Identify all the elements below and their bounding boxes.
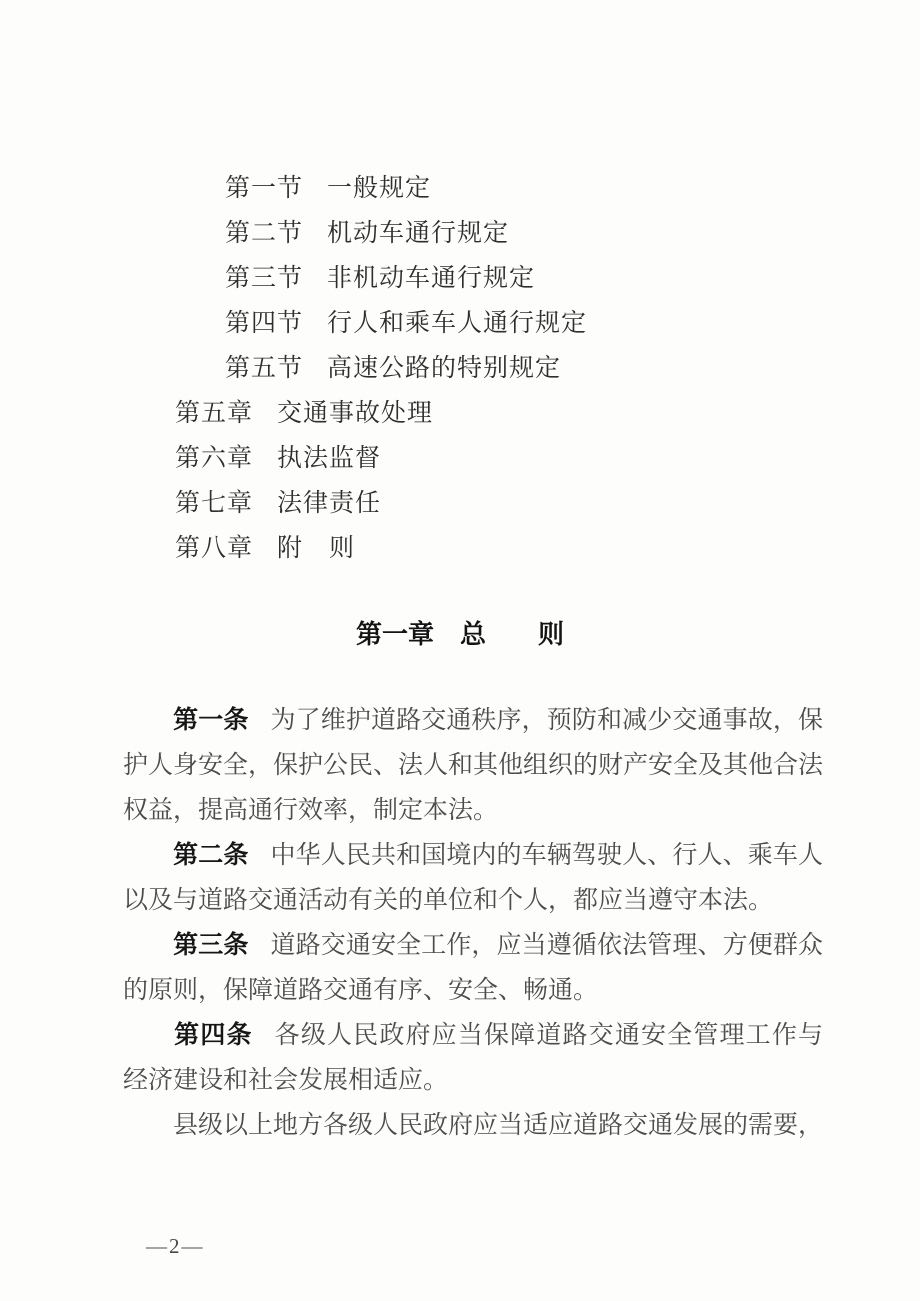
toc-section-number: 第一节	[225, 166, 303, 211]
article-4-line-1: 第四条各级人民政府应当保障道路交通安全管理工作与	[123, 1013, 823, 1058]
toc-chapter-number: 第五章	[175, 391, 253, 436]
article-3-line-1: 第三条道路交通安全工作，应当遵循依法管理、方便群众	[123, 923, 823, 968]
toc-item-section-4: 第四节 行人和乘车人通行规定	[123, 301, 843, 346]
article-1-line-1: 第一条为了维护道路交通秩序，预防和减少交通事故，保	[123, 698, 823, 743]
toc-chapter-title: 法律责任	[277, 481, 381, 526]
article-1-text: 护人身安全，保护公民、法人和其他组织的财产安全及其他合法	[123, 752, 823, 779]
article-2-text: 以及与道路交通活动有关的单位和个人，都应当遵守本法。	[123, 887, 773, 914]
article-2-line-2: 以及与道路交通活动有关的单位和个人，都应当遵守本法。	[123, 878, 823, 923]
toc-section-number: 第四节	[225, 301, 303, 346]
article-1-text: 权益，提高通行效率，制定本法。	[123, 797, 498, 824]
toc-chapter-number: 第六章	[175, 436, 253, 481]
article-3-text: 的原则，保障道路交通有序、安全、畅通。	[123, 977, 598, 1004]
table-of-contents: 第一节 一般规定 第二节 机动车通行规定 第三节 非机动车通行规定 第四节 行人…	[123, 166, 843, 571]
toc-section-title: 机动车通行规定	[327, 211, 509, 256]
toc-item-section-5: 第五节 高速公路的特别规定	[123, 346, 843, 391]
toc-chapter-number: 第七章	[175, 481, 253, 526]
document-page: 第一节 一般规定 第二节 机动车通行规定 第三节 非机动车通行规定 第四节 行人…	[0, 0, 920, 1301]
toc-chapter-title: 执法监督	[277, 436, 381, 481]
article-1-text: 为了维护道路交通秩序，预防和减少交通事故，保	[270, 707, 823, 734]
article-4-text: 各级人民政府应当保障道路交通安全管理工作与	[275, 1022, 823, 1049]
page-number: —2—	[146, 1234, 205, 1259]
continuation-text: 县级以上地方各级人民政府应当适应道路交通发展的需要，	[173, 1112, 823, 1139]
toc-chapter-number: 第八章	[175, 526, 253, 571]
article-1-line-2: 护人身安全，保护公民、法人和其他组织的财产安全及其他合法	[123, 743, 823, 788]
toc-item-chapter-6: 第六章 执法监督	[123, 436, 843, 481]
article-1-line-3: 权益，提高通行效率，制定本法。	[123, 788, 823, 833]
article-4-number: 第四条	[173, 1021, 253, 1049]
toc-section-title: 非机动车通行规定	[327, 256, 535, 301]
toc-item-chapter-5: 第五章 交通事故处理	[123, 391, 843, 436]
article-3-number: 第三条	[173, 931, 248, 959]
article-2-text: 中华人民共和国境内的车辆驾驶人、行人、乘车人	[270, 842, 823, 869]
article-3-line-2: 的原则，保障道路交通有序、安全、畅通。	[123, 968, 823, 1013]
toc-chapter-title: 附 则	[277, 526, 355, 571]
toc-chapter-title: 交通事故处理	[277, 391, 433, 436]
toc-item-section-3: 第三节 非机动车通行规定	[123, 256, 843, 301]
article-1-number: 第一条	[173, 706, 248, 734]
toc-item-chapter-8: 第八章 附 则	[123, 526, 843, 571]
toc-section-title: 高速公路的特别规定	[327, 346, 561, 391]
article-2-line-1: 第二条中华人民共和国境内的车辆驾驶人、行人、乘车人	[123, 833, 823, 878]
chapter-heading: 第一章 总 则	[0, 612, 920, 657]
article-3-text: 道路交通安全工作，应当遵循依法管理、方便群众	[270, 932, 823, 959]
toc-item-chapter-7: 第七章 法律责任	[123, 481, 843, 526]
toc-section-number: 第三节	[225, 256, 303, 301]
article-4-text: 经济建设和社会发展相适应。	[123, 1067, 448, 1094]
article-4-line-2: 经济建设和社会发展相适应。	[123, 1058, 823, 1103]
article-2-number: 第二条	[173, 841, 248, 869]
toc-section-title: 一般规定	[327, 166, 431, 211]
toc-section-title: 行人和乘车人通行规定	[327, 301, 587, 346]
article-body: 第一条为了维护道路交通秩序，预防和减少交通事故，保 护人身安全，保护公民、法人和…	[123, 698, 823, 1148]
toc-section-number: 第五节	[225, 346, 303, 391]
continuation-paragraph-line-1: 县级以上地方各级人民政府应当适应道路交通发展的需要，	[123, 1103, 823, 1148]
toc-item-section-2: 第二节 机动车通行规定	[123, 211, 843, 256]
toc-item-section-1: 第一节 一般规定	[123, 166, 843, 211]
toc-section-number: 第二节	[225, 211, 303, 256]
